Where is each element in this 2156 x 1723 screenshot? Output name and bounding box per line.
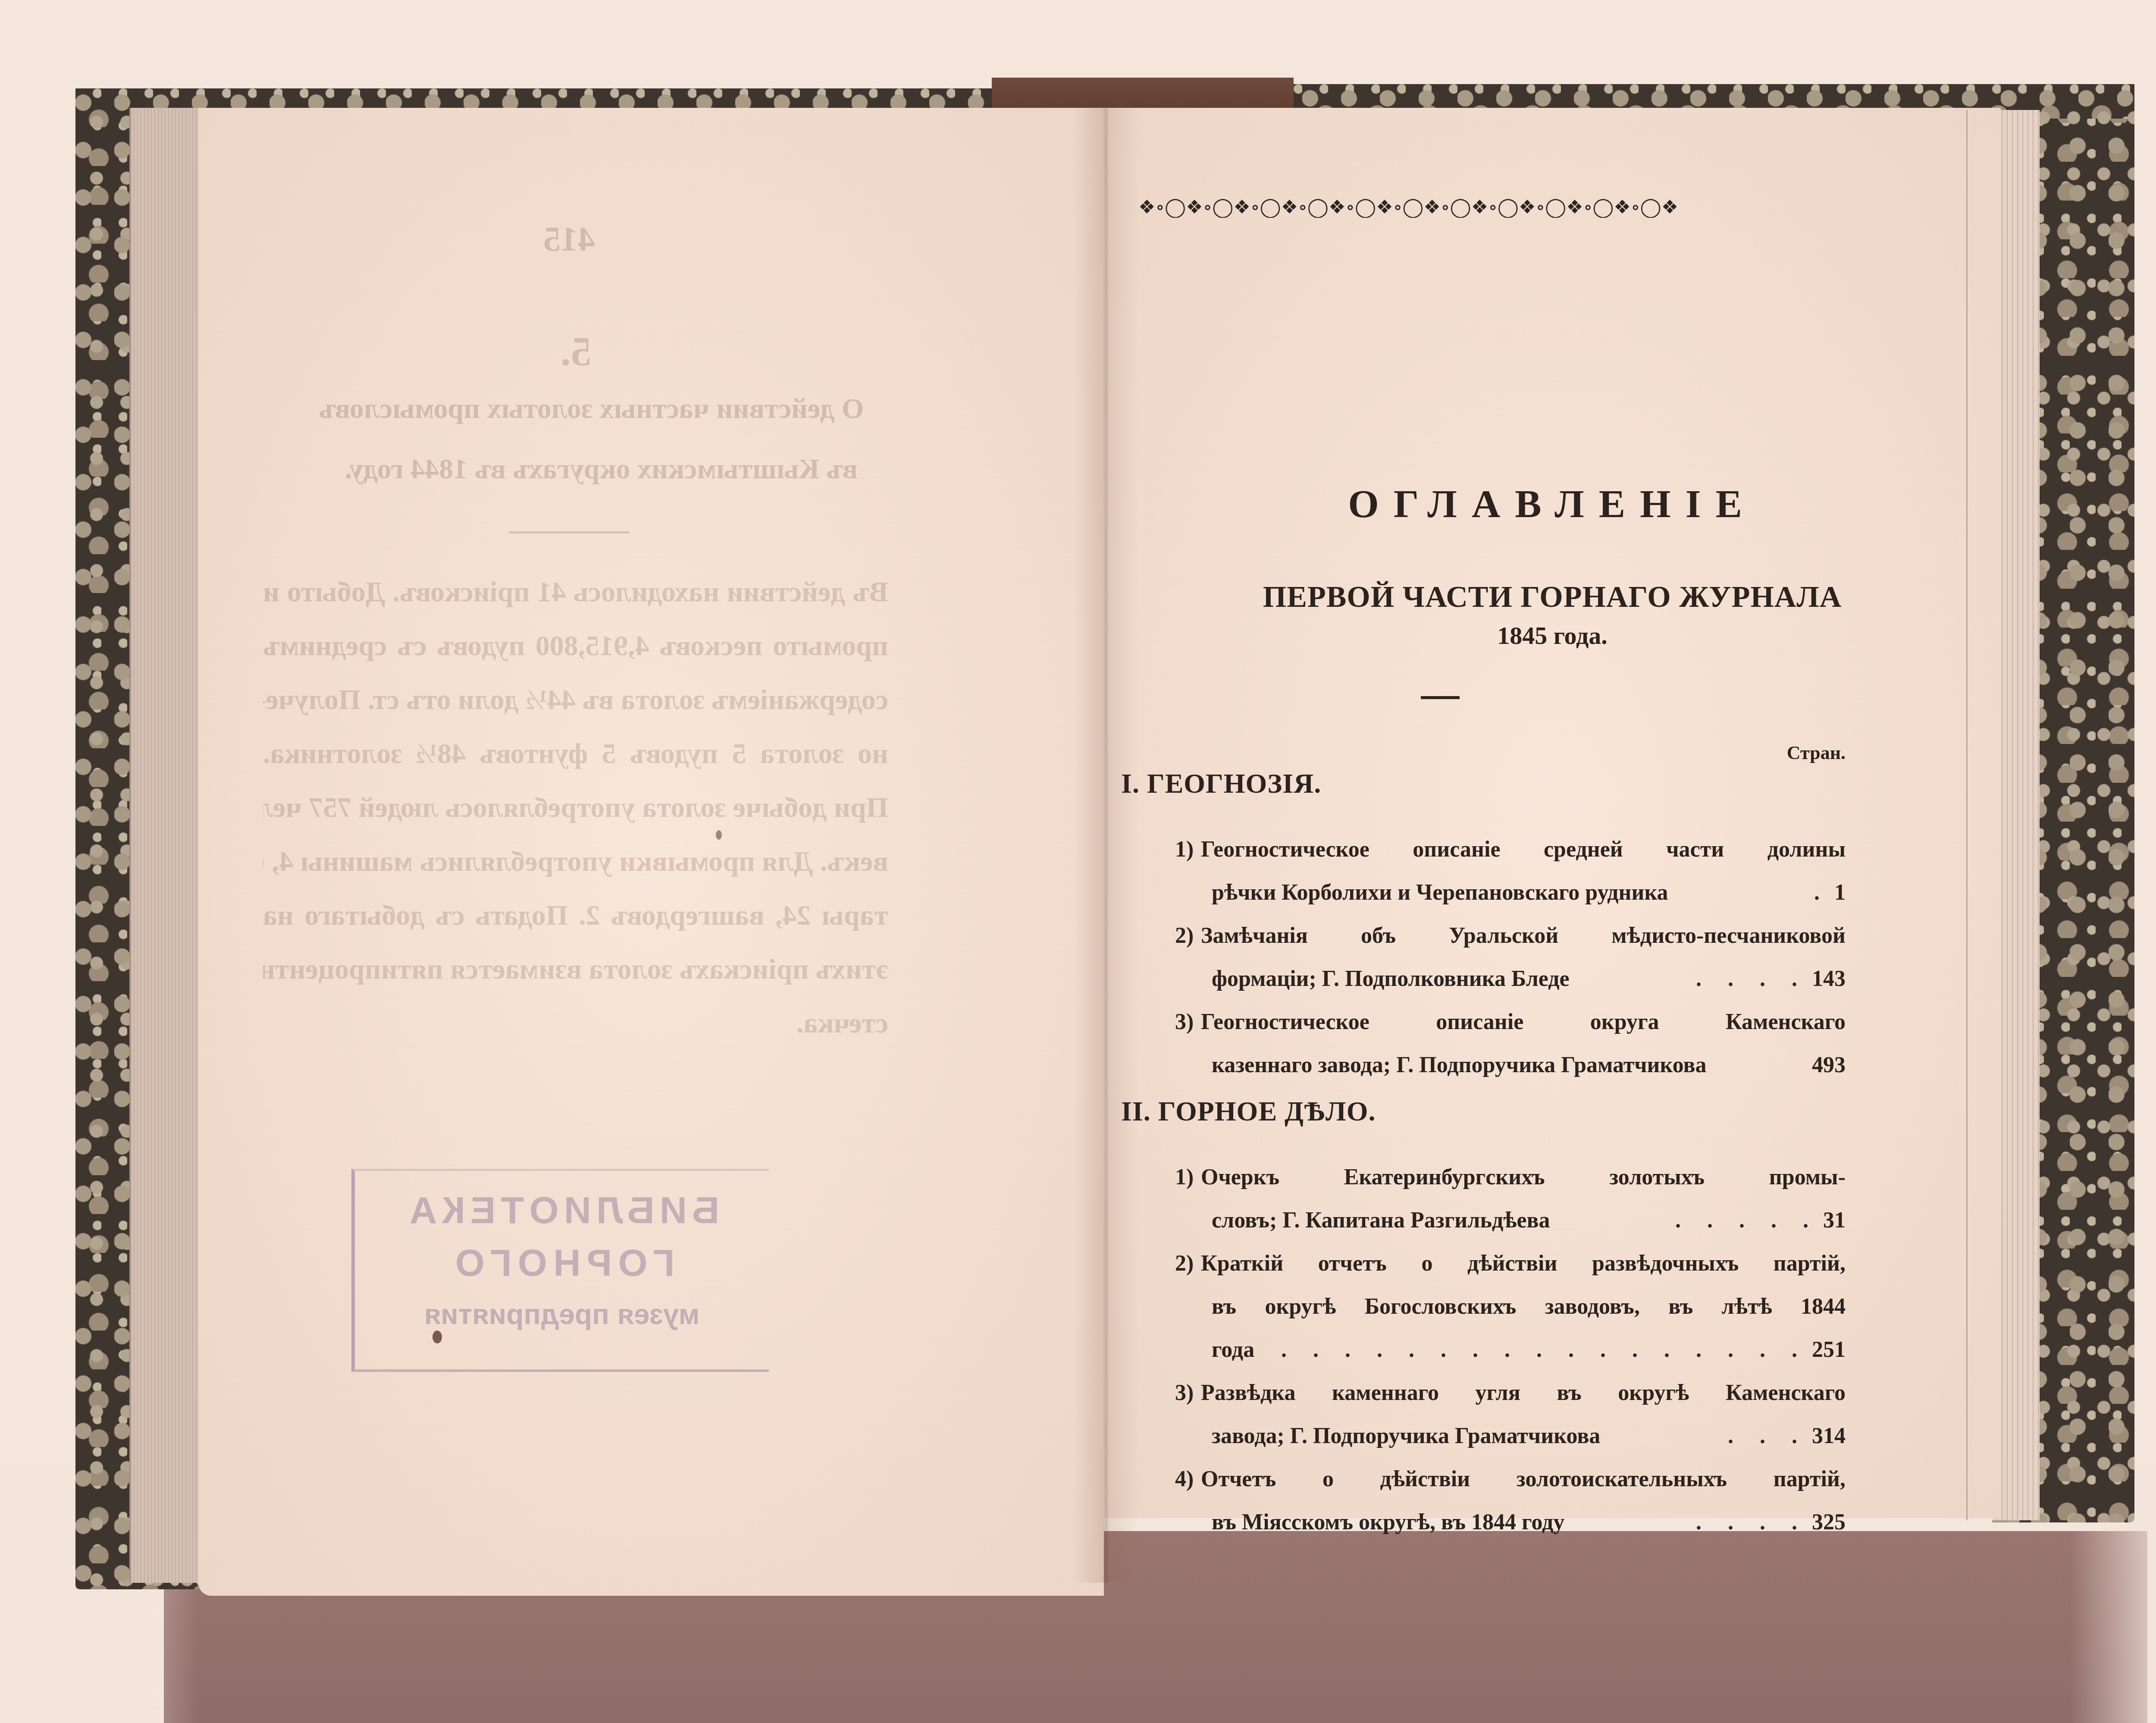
show-through-line: промыто песковъ 4,915,800 пудовъ съ сред… [263, 619, 888, 673]
toc-entry[interactable]: 4) Отчетъ о дѣйствiи золотоискательныхъ … [1175, 1458, 1846, 1544]
dot-leader: . . . [1600, 1415, 1812, 1458]
toc-entry[interactable]: 3) Геогностическое описанiе округа Камен… [1175, 1001, 1846, 1087]
entry-text-line: завода; Г. Подпоручика Граматчикова . . … [1212, 1415, 1846, 1458]
page-number: 1 [1834, 871, 1846, 914]
entry-text-line: формацiи; Г. Подполковника Бледе . . . .… [1212, 957, 1846, 1001]
stamp-line: музея предприятия [355, 1298, 769, 1331]
stamp-line: БИБЛИОТЕКА [355, 1188, 769, 1232]
paper-spot [716, 830, 722, 840]
page-title: ОГЛАВЛЕНIЕ [1104, 481, 2001, 527]
show-through-title-line: въ Кыштымских округахъ въ 1844 году. [345, 453, 858, 486]
show-through-line: Въ действии находилось 41 прiисковъ. Доб… [263, 565, 888, 619]
entry-text-line: Очеркъ Екатеринбургскихъ золотыхъ промы- [1201, 1156, 1846, 1199]
entry-number: 3) [1175, 1371, 1194, 1415]
page-number: 251 [1812, 1328, 1846, 1371]
entry-text-line: Геогностическое описанiе округа Каменска… [1201, 1001, 1846, 1044]
entry-text-line: Геогностическое описанiе средней части д… [1201, 828, 1846, 871]
show-through-line: тары 24, вашгердовъ 2. Подать съ добытаг… [263, 888, 888, 942]
entry-text-line: Отчетъ о дѣйствiи золотоискательныхъ пар… [1201, 1458, 1846, 1501]
page-subtitle: ПЕРВОЙ ЧАСТИ ГОРНАГО ЖУРНАЛА [1104, 580, 2001, 615]
page-fold-edge [1966, 110, 1975, 1520]
show-through-line: содержанiемъ золота въ 44½ доли отъ ст. … [263, 673, 888, 727]
pages-column-label: Стран. [1787, 742, 1846, 764]
show-through-body: Въ действии находилось 41 прiисковъ. Доб… [263, 565, 888, 1050]
entry-text-line: Развѣдка каменнаго угля въ округѣ Каменс… [1201, 1371, 1846, 1415]
page-number: 493 [1812, 1044, 1846, 1087]
dot-leader: . [1668, 871, 1834, 914]
show-through-title-line: О действии частных золотых промысловъ [319, 392, 864, 425]
entry-text-line: казеннаго завода; Г. Подпоручика Граматч… [1212, 1044, 1846, 1087]
section-heading: I. ГЕОГНОЗIЯ. [1121, 768, 1321, 800]
page-number: 143 [1812, 957, 1846, 1001]
stamp-line: ГОРНОГО [355, 1241, 769, 1285]
entry-text-line: Краткiй отчетъ о дѣйствiи развѣдочныхъ п… [1201, 1242, 1846, 1285]
entry-text-line: года . . . . . . . . . . . . . . . . . 2… [1212, 1328, 1846, 1371]
entry-number: 2) [1175, 1242, 1194, 1285]
toc-entry[interactable]: 3) Развѣдка каменнаго угля въ округѣ Кам… [1175, 1371, 1846, 1458]
entry-text-line: Замѣчанiя объ Уральской мѣдисто-песчаник… [1201, 914, 1846, 957]
show-through-line: стечка. [263, 996, 888, 1050]
entry-number: 4) [1175, 1458, 1194, 1501]
toc-entry[interactable]: 1) Геогностическое описанiе средней част… [1175, 828, 1846, 914]
toc-entry[interactable]: 2) Краткiй отчетъ о дѣйствiи развѣдочных… [1175, 1242, 1846, 1371]
entry-number: 2) [1175, 914, 1194, 957]
library-stamp-show-through: БИБЛИОТЕКА ГОРНОГО музея предприятия [351, 1169, 769, 1372]
section-heading: II. ГОРНОЕ ДѢЛО. [1121, 1095, 1376, 1127]
show-through-rule [509, 531, 630, 534]
decorative-ornament-border: ❖∘◯❖∘◯❖∘◯❖∘◯❖∘◯❖∘◯❖∘◯❖∘◯❖∘◯❖∘◯❖∘◯❖ [1138, 196, 1846, 218]
entry-number: 1) [1175, 1156, 1194, 1199]
dot-leader [1707, 1044, 1812, 1087]
page-edges-left [129, 108, 204, 1583]
page-number: 325 [1812, 1501, 1846, 1544]
show-through-section-number: 5. [561, 328, 591, 375]
title-divider-rule [1421, 696, 1460, 699]
entry-number: 3) [1175, 1001, 1194, 1044]
toc-entry[interactable]: 1) Очеркъ Екатеринбургскихъ золотыхъ про… [1175, 1156, 1846, 1242]
toc-entry[interactable]: 2) Замѣчанiя объ Уральской мѣдисто-песча… [1175, 914, 1846, 1001]
book-gutter [1074, 108, 1138, 1583]
entry-text-line: словъ; Г. Капитана Разгильдѣева . . . . … [1212, 1199, 1846, 1242]
page-number: 31 [1823, 1199, 1846, 1242]
dot-leader: . . . . . . . . . . . . . . . . . [1254, 1328, 1812, 1371]
dot-leader: . . . . [1570, 957, 1812, 1001]
publication-year: 1845 года. [1104, 621, 2001, 650]
entry-number: 1) [1175, 828, 1194, 871]
entry-text-line: рѣчки Корболихи и Черепановскаго рудника… [1212, 871, 1846, 914]
dot-leader: . . . . . [1550, 1199, 1823, 1242]
paper-spot [432, 1331, 442, 1343]
show-through-page-number: 415 [543, 220, 595, 259]
dot-leader: . . . . [1564, 1501, 1812, 1544]
show-through-line: При добыче золота употреблялось людей 75… [263, 781, 888, 835]
show-through-line: но золота 5 пудовъ 5 фунтовъ 48½ золотни… [263, 727, 888, 781]
show-through-line: векъ. Для промывки употреблялись машины … [263, 835, 888, 888]
entry-text-line: въ Мiясскомъ округѣ, въ 1844 году . . . … [1212, 1501, 1846, 1544]
page-number: 314 [1812, 1415, 1846, 1458]
show-through-line: этихъ прiискахъ золота взимается пятипро… [263, 942, 888, 996]
entry-text-line: въ округѣ Богословскихъ заводовъ, въ лѣт… [1212, 1285, 1846, 1328]
